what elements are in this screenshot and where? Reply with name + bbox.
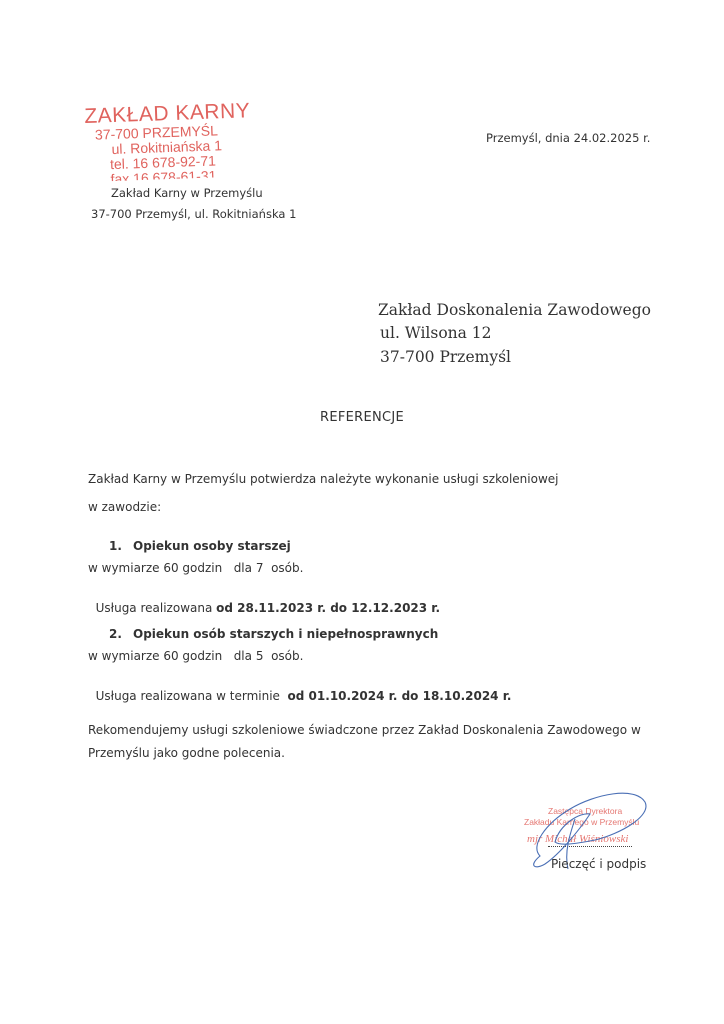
item-period-dates: od 28.11.2023 r. do 12.12.2023 r. [216,601,440,615]
item-period-prefix: Usługa realizowana [96,601,217,615]
sender-address: 37-700 Przemyśl, ul. Rokitniańska 1 [91,207,296,221]
document-title: REFERENCJE [320,410,404,425]
item-name: Opiekun osób starszych i niepełnosprawny… [133,627,438,641]
date-line: Przemyśl, dnia 24.02.2025 r. [486,131,650,145]
stamp-line: ZAKŁAD KARNY [84,100,251,127]
item-name: Opiekun osoby starszej [133,539,291,553]
item-scope: w wymiarze 60 godzin dla 5 osób. [88,649,303,663]
recipient-street: ul. Wilsona 12 [380,324,492,342]
recommendation-line: Rekomendujemy usługi szkoleniowe świadcz… [88,723,641,737]
recommendation-line: Przemyślu jako godne polecenia. [88,746,285,760]
sender-name: Zakład Karny w Przemyślu [111,186,263,200]
item-period-dates: od 01.10.2024 r. do 18.10.2024 r. [288,689,512,703]
recipient-name: Zakład Doskonalenia Zawodowego [378,301,651,319]
intro-line: w zawodzie: [88,500,161,514]
recipient-city: 37-700 Przemyśl [380,348,511,366]
item-period-prefix: Usługa realizowana w terminie [96,689,288,703]
intro-line: Zakład Karny w Przemyślu potwierdza nale… [88,472,558,486]
item-number: 1. [109,539,122,553]
item-scope: w wymiarze 60 godzin dla 7 osób. [88,561,303,575]
institution-stamp: ZAKŁAD KARNY 37-700 PRZEMYŚL ul. Rokitni… [84,100,252,182]
item-number: 2. [109,627,122,641]
item-period: Usługa realizowana w terminie od 01.10.2… [88,675,511,703]
item-period: Usługa realizowana od 28.11.2023 r. do 1… [88,587,440,615]
signature-caption: Pieczęć i podpis [551,857,646,871]
